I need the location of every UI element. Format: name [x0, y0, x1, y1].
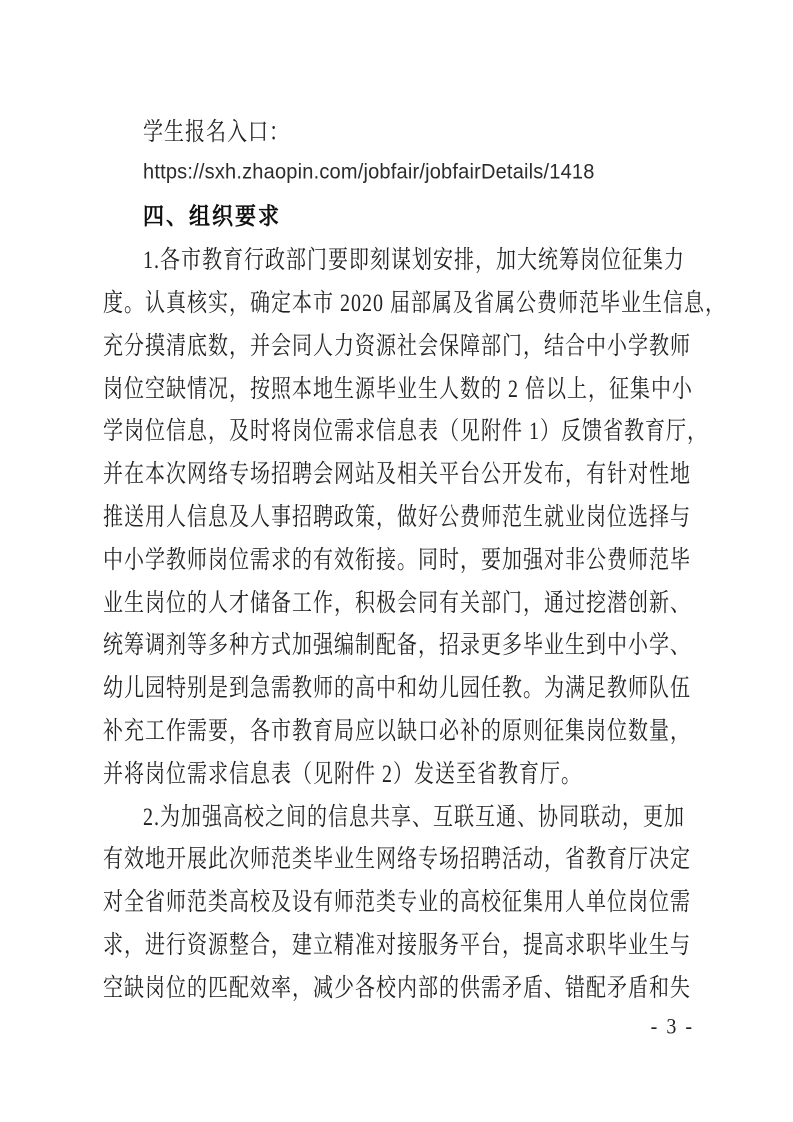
paragraph-line: 并在本次网络专场招聘会网站及相关平台公开发布，有针对性地 [103, 450, 695, 493]
paragraph-text: 业生岗位的人才储备工作，积极会同有关部门，通过挖潜创新、 [103, 582, 695, 618]
paragraph-line: 空缺岗位的匹配效率，减少各校内部的供需矛盾、错配矛盾和失 [103, 964, 695, 1007]
paragraph-line: 中小学教师岗位需求的有效衔接。同时，要加强对非公费师范毕 [103, 536, 695, 579]
paragraph-line: 补充工作需要，各市教育局应以缺口必补的原则征集岗位数量， [103, 707, 695, 750]
entry-label: 学生报名入口： [103, 111, 695, 147]
section-heading-line: 四、组织要求 [103, 194, 695, 237]
registration-url-line: https://sxh.zhaopin.com/jobfair/jobfairD… [103, 151, 695, 194]
document-body: 学生报名入口： https://sxh.zhaopin.com/jobfair/… [103, 108, 695, 1007]
registration-url: https://sxh.zhaopin.com/jobfair/jobfairD… [103, 160, 695, 184]
paragraph-text: 并在本次网络专场招聘会网站及相关平台公开发布，有针对性地 [103, 454, 695, 490]
paragraph-line: 有效地开展此次师范类毕业生网络专场招聘活动，省教育厅决定 [103, 836, 695, 879]
paragraph-text: 空缺岗位的匹配效率，减少各校内部的供需矛盾、错配矛盾和失 [103, 967, 695, 1003]
paragraph-line: 统筹调剂等多种方式加强编制配备，招录更多毕业生到中小学、 [103, 622, 695, 665]
paragraph-text: 幼儿园特别是到急需教师的高中和幼儿园任教。为满足教师队伍 [103, 668, 695, 704]
section-heading: 四、组织要求 [103, 198, 695, 232]
paragraph-line: 并将岗位需求信息表（见附件 2）发送至省教育厅。 [103, 750, 695, 793]
paragraph-line: 学岗位信息，及时将岗位需求信息表（见附件 1）反馈省教育厅， [103, 408, 695, 451]
paragraph-line: 充分摸清底数，并会同人力资源社会保障部门，结合中小学教师 [103, 322, 695, 365]
paragraph-text: 1.各市教育行政部门要即刻谋划安排，加大统筹岗位征集力 [103, 240, 695, 276]
paragraph-line: 1.各市教育行政部门要即刻谋划安排，加大统筹岗位征集力 [103, 236, 695, 279]
paragraph-text: 统筹调剂等多种方式加强编制配备，招录更多毕业生到中小学、 [103, 625, 695, 661]
paragraph-line: 2.为加强高校之间的信息共享、互联互通、协同联动，更加 [103, 793, 695, 836]
paragraph-text: 中小学教师岗位需求的有效衔接。同时，要加强对非公费师范毕 [103, 539, 695, 575]
paragraph-text: 并将岗位需求信息表（见附件 2）发送至省教育厅。 [103, 753, 695, 789]
document-page: 学生报名入口： https://sxh.zhaopin.com/jobfair/… [0, 0, 793, 1122]
paragraph-text: 补充工作需要，各市教育局应以缺口必补的原则征集岗位数量， [103, 711, 695, 747]
page-number: - 3 - [651, 1015, 694, 1040]
paragraph-text: 学岗位信息，及时将岗位需求信息表（见附件 1）反馈省教育厅， [103, 411, 695, 447]
paragraph-line: 业生岗位的人才储备工作，积极会同有关部门，通过挖潜创新、 [103, 579, 695, 622]
paragraph-line: 推送用人信息及人事招聘政策，做好公费师范生就业岗位选择与 [103, 493, 695, 536]
paragraph-line: 岗位空缺情况，按照本地生源毕业生人数的 2 倍以上，征集中小 [103, 365, 695, 408]
paragraph-text: 2.为加强高校之间的信息共享、互联互通、协同联动，更加 [103, 796, 695, 832]
paragraph-line: 幼儿园特别是到急需教师的高中和幼儿园任教。为满足教师队伍 [103, 664, 695, 707]
paragraph-line: 度。认真核实，确定本市 2020 届部属及省属公费师范毕业生信息， [103, 279, 695, 322]
paragraph-text: 求，进行资源整合，建立精准对接服务平台，提高求职毕业生与 [103, 925, 695, 961]
entry-label-line: 学生报名入口： [103, 108, 695, 151]
paragraph-text: 岗位空缺情况，按照本地生源毕业生人数的 2 倍以上，征集中小 [103, 368, 695, 404]
paragraph-line: 对全省师范类高校及设有师范类专业的高校征集用人单位岗位需 [103, 878, 695, 921]
paragraph-text: 充分摸清底数，并会同人力资源社会保障部门，结合中小学教师 [103, 325, 695, 361]
paragraph-text: 推送用人信息及人事招聘政策，做好公费师范生就业岗位选择与 [103, 497, 695, 533]
paragraph-text: 度。认真核实，确定本市 2020 届部属及省属公费师范毕业生信息， [103, 283, 695, 319]
paragraph-line: 求，进行资源整合，建立精准对接服务平台，提高求职毕业生与 [103, 921, 695, 964]
paragraph-text: 对全省师范类高校及设有师范类专业的高校征集用人单位岗位需 [103, 882, 695, 918]
paragraph-text: 有效地开展此次师范类毕业生网络专场招聘活动，省教育厅决定 [103, 839, 695, 875]
